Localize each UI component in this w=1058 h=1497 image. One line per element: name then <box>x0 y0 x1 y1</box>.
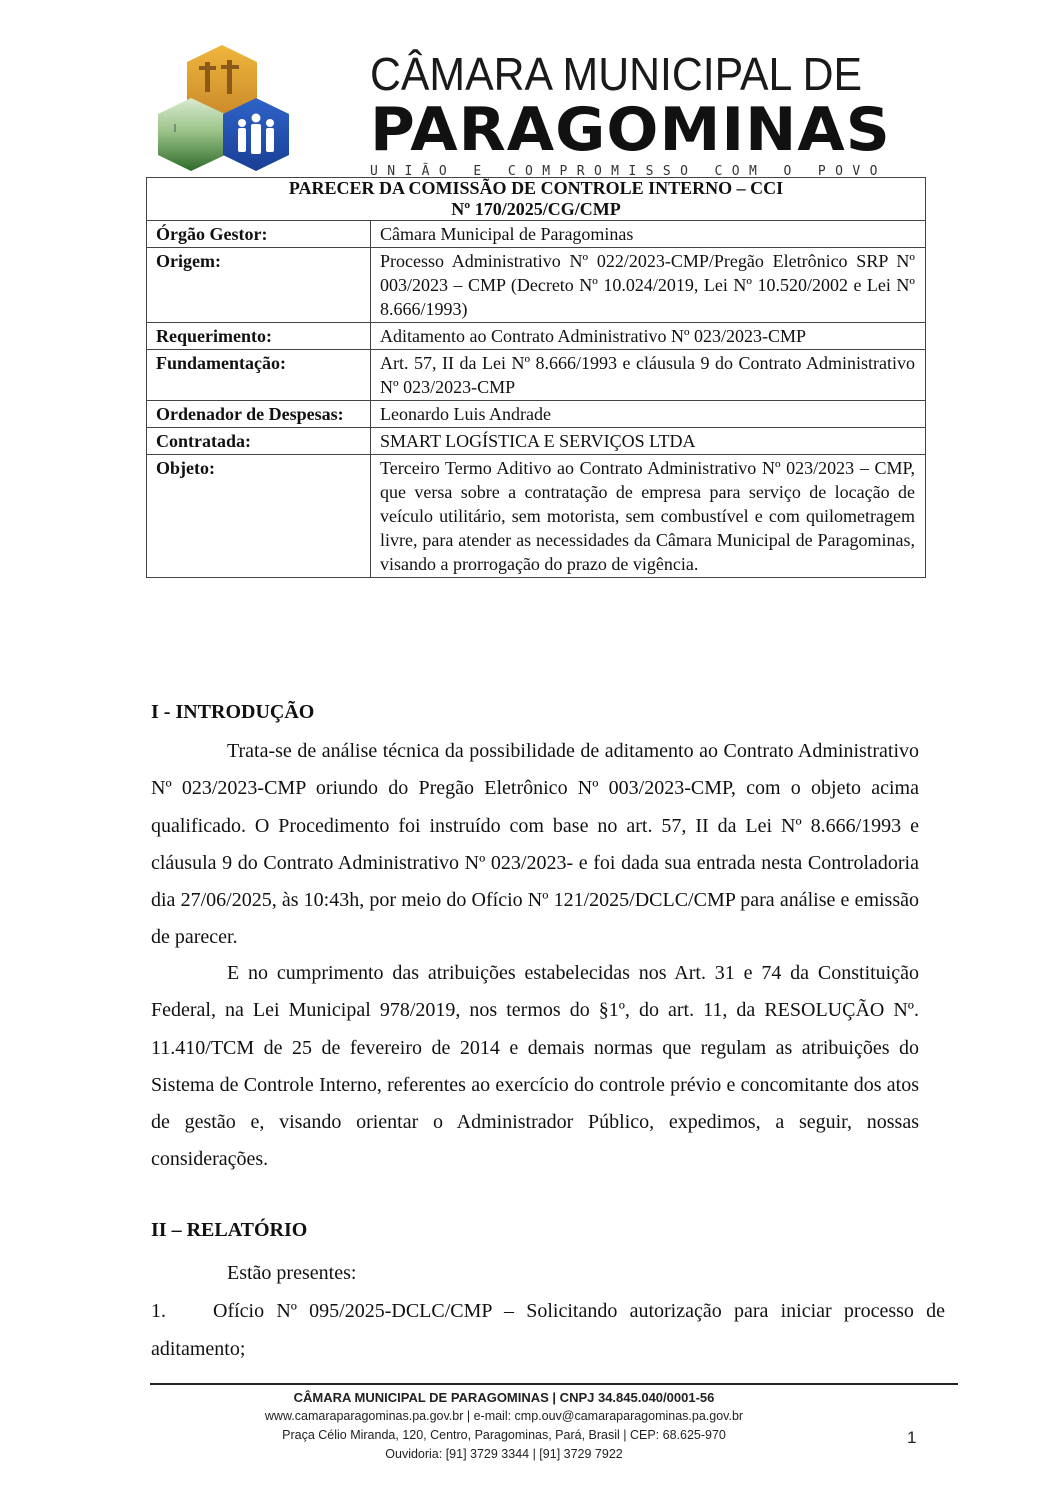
table-row: Origem: Processo Administrativo Nº 022/2… <box>147 248 926 323</box>
brand-title: CÂMARA MUNICIPAL DE <box>370 50 863 98</box>
row-label: Objeto: <box>147 455 371 578</box>
row-value: Aditamento ao Contrato Administrativo Nº… <box>371 323 926 350</box>
paragraph-text: Estão presentes: <box>227 1262 356 1284</box>
footer-title: CÂMARA MUNICIPAL DE PARAGOMINAS | CNPJ 3… <box>150 1388 858 1407</box>
row-value: SMART LOGÍSTICA E SERVIÇOS LTDA <box>371 428 926 455</box>
page-number: 1 <box>907 1428 916 1448</box>
table-row: Requerimento: Aditamento ao Contrato Adm… <box>147 323 926 350</box>
footer-web-email: www.camaraparagominas.pa.gov.br | e-mail… <box>150 1407 858 1426</box>
list-item-number: 1. <box>151 1292 213 1330</box>
brand-name: PARAGOMINAS <box>370 100 911 160</box>
table-row: Ordenador de Despesas: Leonardo Luis And… <box>147 401 926 428</box>
row-label: Requerimento: <box>147 323 371 350</box>
report-lead: Estão presentes: <box>151 1255 919 1292</box>
table-row: Órgão Gestor: Câmara Municipal de Parago… <box>147 221 926 248</box>
footer-address: Praça Célio Miranda, 120, Centro, Parago… <box>150 1426 858 1445</box>
table-title: PARECER DA COMISSÃO DE CONTROLE INTERNO … <box>147 178 926 221</box>
list-item: 1.Ofício Nº 095/2025-DCLC/CMP – Solicita… <box>151 1292 945 1368</box>
row-value: Terceiro Termo Aditivo ao Contrato Admin… <box>371 455 926 578</box>
info-table: PARECER DA COMISSÃO DE CONTROLE INTERNO … <box>146 177 926 578</box>
list-item-text: Ofício Nº 095/2025-DCLC/CMP – Solicitand… <box>151 1300 945 1360</box>
section-heading-report: II – RELATÓRIO <box>151 1219 307 1242</box>
report-number: Nº 170/2025/CG/CMP <box>157 199 915 220</box>
hexagon-emblem-icon <box>155 40 290 175</box>
paragraph-text: Trata-se de análise técnica da possibili… <box>151 740 919 948</box>
row-value: Processo Administrativo Nº 022/2023-CMP/… <box>371 248 926 323</box>
row-label: Contratada: <box>147 428 371 455</box>
row-label: Ordenador de Despesas: <box>147 401 371 428</box>
row-value: Leonardo Luis Andrade <box>371 401 926 428</box>
table-row: Contratada: SMART LOGÍSTICA E SERVIÇOS L… <box>147 428 926 455</box>
footer: CÂMARA MUNICIPAL DE PARAGOMINAS | CNPJ 3… <box>150 1388 858 1464</box>
row-label: Origem: <box>147 248 371 323</box>
table-title-row: PARECER DA COMISSÃO DE CONTROLE INTERNO … <box>147 178 926 221</box>
brand-block: CÂMARA MUNICIPAL DE PARAGOMINAS UNIÃO E … <box>370 50 900 179</box>
row-label: Fundamentação: <box>147 350 371 401</box>
footer-phones: Ouvidoria: [91] 3729 3344 | [91] 3729 79… <box>150 1445 858 1464</box>
row-value: Câmara Municipal de Paragominas <box>371 221 926 248</box>
footer-divider <box>150 1383 958 1385</box>
table-row: Objeto: Terceiro Termo Aditivo ao Contra… <box>147 455 926 578</box>
paragraph-text: E no cumprimento das atribuições estabel… <box>151 962 919 1170</box>
table-row: Fundamentação: Art. 57, II da Lei Nº 8.6… <box>147 350 926 401</box>
row-label: Órgão Gestor: <box>147 221 371 248</box>
row-value: Art. 57, II da Lei Nº 8.666/1993 e cláus… <box>371 350 926 401</box>
intro-paragraph-2: E no cumprimento das atribuições estabel… <box>151 955 919 1179</box>
report-title: PARECER DA COMISSÃO DE CONTROLE INTERNO … <box>157 178 915 199</box>
intro-paragraph-1: Trata-se de análise técnica da possibili… <box>151 733 919 957</box>
section-heading-introduction: I - INTRODUÇÃO <box>151 701 314 724</box>
